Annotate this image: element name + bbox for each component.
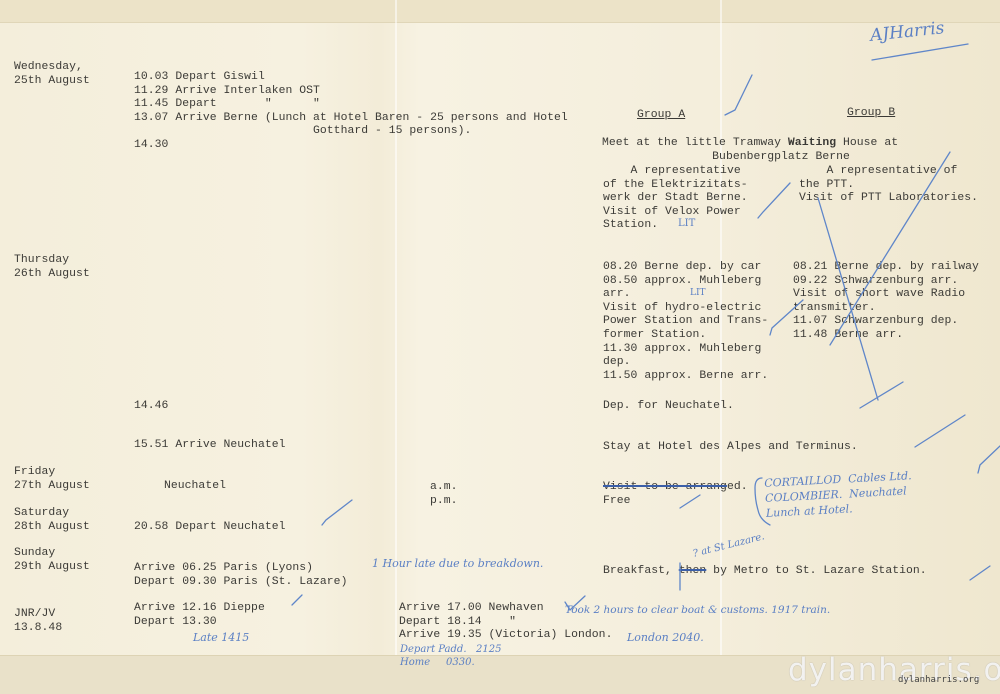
fri-place: Neuchatel [164,480,226,494]
fri-am-note: Visit to be arranged. [603,481,748,495]
sun-schedule: Arrive 06.25 Paris (Lyons)Depart 09.30 P… [134,562,347,589]
group-a-header: Group A [637,109,685,123]
day-label-fri: Friday27th August [14,466,90,493]
annotation-london: London 2040. [627,631,704,644]
day-label-sun: Sunday29th August [14,547,90,574]
annotation-home: Home 0330. [400,657,475,668]
time-1446: 14.46 [134,400,168,414]
fri-pm-note: Free [603,495,631,509]
annotation-late-paris: 1 Hour late due to breakdown. [372,557,543,570]
return-dieppe: Arrive 12.16 DieppeDepart 13.30 [134,602,265,629]
reference-label: JNR/JV13.8.48 [14,608,62,635]
watermark-small: dylanharris.org [898,675,979,685]
group-b-thursday: 08.21 Berne dep. by railway09.22 Schwarz… [793,261,979,343]
group-a-1430: A representativeof the Elektrizitats-wer… [603,165,748,233]
page-top-edge [0,0,1000,23]
group-a-thursday: 08.20 Berne dep. by car08.50 approx. Muh… [603,261,768,383]
annotation-lit: LIT [678,218,695,229]
arrive-neuchatel: 15.51 Arrive Neuchatel [134,439,285,453]
group-b-1430: A representative ofthe PTT.Visit of PTT … [799,165,978,206]
wed-schedule: 10.03 Depart Giswil11.29 Arrive Interlak… [134,71,568,153]
annotation-took: Took 2 hours to clear boat & customs. 19… [565,604,830,616]
meeting-point: Meet at the little Tramway Waiting House… [602,137,898,164]
group-b-header: Group B [847,107,895,121]
annotation-depart-padd: Depart Padd. 2125 [400,644,501,655]
note-1446: Dep. for Neuchatel. [603,400,734,414]
annotation-late-dieppe: Late 1415 [193,631,249,644]
fri-am: a.m. [430,481,458,495]
hotel-note: Stay at Hotel des Alpes and Terminus. [603,441,858,455]
day-label-sat: Saturday28th August [14,507,90,534]
day-label-thu: Thursday26th August [14,254,90,281]
day-label-wed: Wednesday,25th August [14,61,90,88]
sun-note: Breakfast, then by Metro to St. Lazare S… [603,565,927,579]
sat-depart: 20.58 Depart Neuchatel [134,521,285,535]
annotation-cortaillod: CORTAILLOD Cables Ltd.COLOMBIER. Neuchat… [764,468,914,521]
annotation-lit: LIT [690,288,706,298]
fri-pm: p.m. [430,495,458,509]
